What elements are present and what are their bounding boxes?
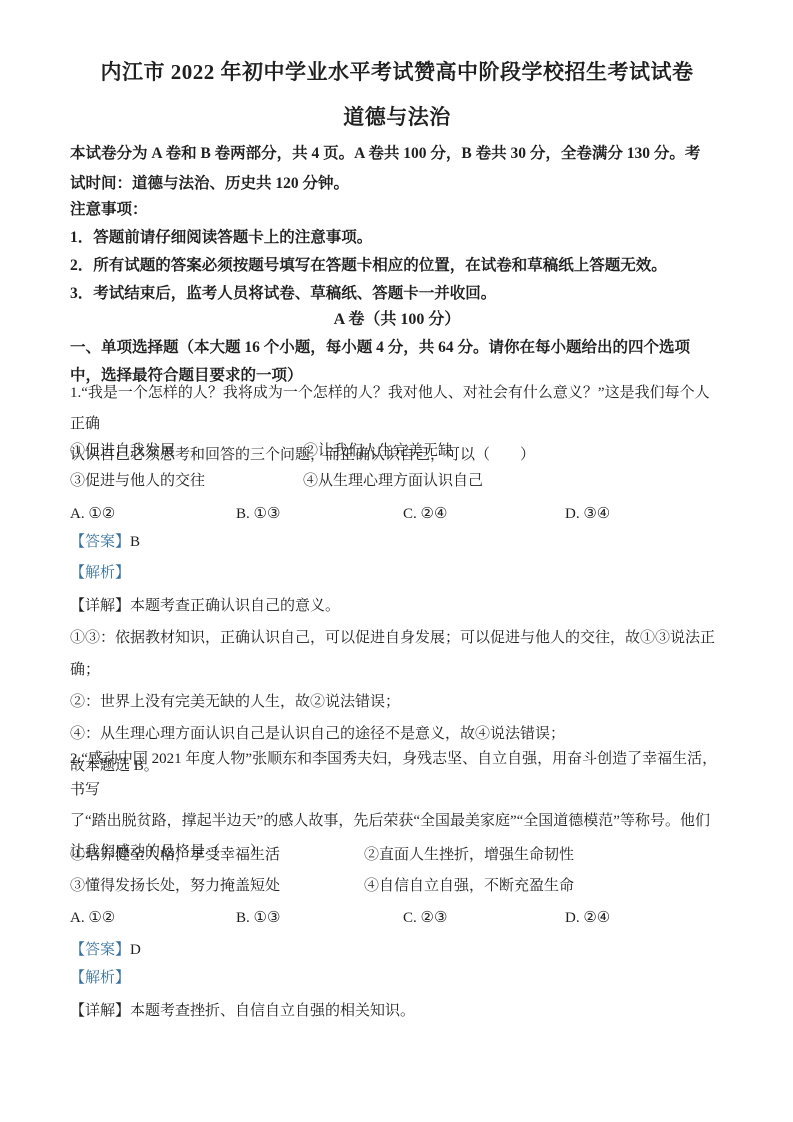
notice-item: 2．所有试题的答案必须按题号填写在答题卡相应的位置，在试卷和草稿纸上答题无效。 — [70, 252, 724, 280]
analysis-label: 【解析】 — [70, 565, 130, 581]
option-item: ①培养健全人格，享受幸福生活 — [70, 847, 280, 863]
question-stem-line: 2.“感动中国 2021 年度人物”张顺东和李国秀夫妇，身残志坚、自立自强，用奋… — [70, 744, 724, 806]
explanation-line: ②：世界上没有完美无缺的人生，故②说法错误； — [70, 686, 724, 718]
question-2-options: ①培养健全人格，享受幸福生活 ②直面人生挫折，增强生命韧性 ③懂得发扬长处，努力… — [70, 840, 724, 902]
exam-intro-line: 试时间：道德与法治、历史共 120 分钟。 — [70, 169, 724, 199]
choice-item: D. ②④ — [565, 903, 610, 933]
choice-item: D. ③④ — [565, 499, 610, 529]
notice-block: 注意事项： 1．答题前请仔细阅读答题卡上的注意事项。 2．所有试题的答案必须按题… — [70, 196, 724, 308]
choice-item: C. ②④ — [403, 499, 447, 529]
choice-item: C. ②③ — [403, 903, 447, 933]
question-1-choices: A. ①② B. ①③ C. ②④ D. ③④ — [70, 499, 724, 529]
question-2-analysis-line: 【解析】 — [70, 964, 724, 992]
question-stem-line: 了“踏出脱贫路，撑起半边天”的感人故事，先后荣获“全国最美家庭”“全国道德模范”… — [70, 806, 724, 837]
option-row: ①培养健全人格，享受幸福生活 ②直面人生挫折，增强生命韧性 — [70, 840, 724, 871]
answer-label: 【答案】 — [70, 942, 130, 958]
option-item: ①促进自我发展 — [70, 443, 175, 459]
option-item: ③懂得发扬长处，努力掩盖短处 — [70, 878, 280, 894]
page-subtitle: 道德与法治 — [70, 101, 724, 133]
answer-value: D — [130, 942, 141, 958]
question-2-choices: A. ①② B. ①③ C. ②③ D. ②④ — [70, 903, 724, 933]
choice-item: B. ①③ — [236, 903, 280, 933]
notice-item: 1．答题前请仔细阅读答题卡上的注意事项。 — [70, 224, 724, 252]
answer-value: B — [130, 534, 140, 550]
choice-item: A. ①② — [70, 903, 115, 933]
explanation-line: 【详解】本题考查挫折、自信自立自强的相关知识。 — [70, 995, 724, 1027]
page-title: 内江市 2022 年初中学业水平考试赞高中阶段学校招生考试试卷 — [70, 56, 724, 88]
exam-intro-line: 本试卷分为 A 卷和 B 卷两部分，共 4 页。A 卷共 100 分，B 卷共 … — [70, 139, 724, 169]
question-1-analysis-line: 【解析】 — [70, 559, 724, 587]
option-item: ③促进与他人的交往 — [70, 473, 205, 489]
question-2-answer-line: 【答案】D — [70, 936, 724, 964]
option-item: ②让我们人生完美无缺 — [303, 436, 453, 466]
explanation-line: 【详解】本题考查正确认识自己的意义。 — [70, 590, 724, 622]
section-a-heading: A 卷（共 100 分） — [70, 306, 724, 334]
option-item: ④从生理心理方面认识自己 — [303, 466, 483, 496]
question-stem-line: 1.“我是一个怎样的人？我将成为一个怎样的人？我对他人、对社会有什么意义？”这是… — [70, 378, 724, 440]
answer-label: 【答案】 — [70, 534, 130, 550]
choice-item: B. ①③ — [236, 499, 280, 529]
question-2-explanation: 【详解】本题考查挫折、自信自立自强的相关知识。 — [70, 995, 724, 1027]
notice-item: 3．考试结束后，监考人员将试卷、草稿纸、答题卡一并收回。 — [70, 280, 724, 308]
analysis-label: 【解析】 — [70, 970, 130, 986]
option-item: ②直面人生挫折，增强生命韧性 — [364, 840, 574, 871]
explanation-line: ①③：依据教材知识，正确认识自己，可以促进自身发展；可以促进与他人的交往，故①③… — [70, 622, 724, 686]
question-1-answer-line: 【答案】B — [70, 528, 724, 556]
notice-heading: 注意事项： — [70, 196, 724, 224]
option-row: ③懂得发扬长处，努力掩盖短处 ④自信自立自强，不断充盈生命 — [70, 871, 724, 902]
question-1-options: ①促进自我发展 ②让我们人生完美无缺 ③促进与他人的交往 ④从生理心理方面认识自… — [70, 436, 724, 496]
option-row: ③促进与他人的交往 ④从生理心理方面认识自己 — [70, 466, 724, 496]
choice-item: A. ①② — [70, 499, 115, 529]
exam-document-page: 内江市 2022 年初中学业水平考试赞高中阶段学校招生考试试卷 道德与法治 本试… — [0, 0, 793, 1122]
option-row: ①促进自我发展 ②让我们人生完美无缺 — [70, 436, 724, 466]
part-one-heading-line: 一、单项选择题（本大题 16 个小题，每小题 4 分，共 64 分。请你在每小题… — [70, 334, 724, 362]
exam-intro: 本试卷分为 A 卷和 B 卷两部分，共 4 页。A 卷共 100 分，B 卷共 … — [70, 139, 724, 199]
option-item: ④自信自立自强，不断充盈生命 — [364, 871, 574, 902]
